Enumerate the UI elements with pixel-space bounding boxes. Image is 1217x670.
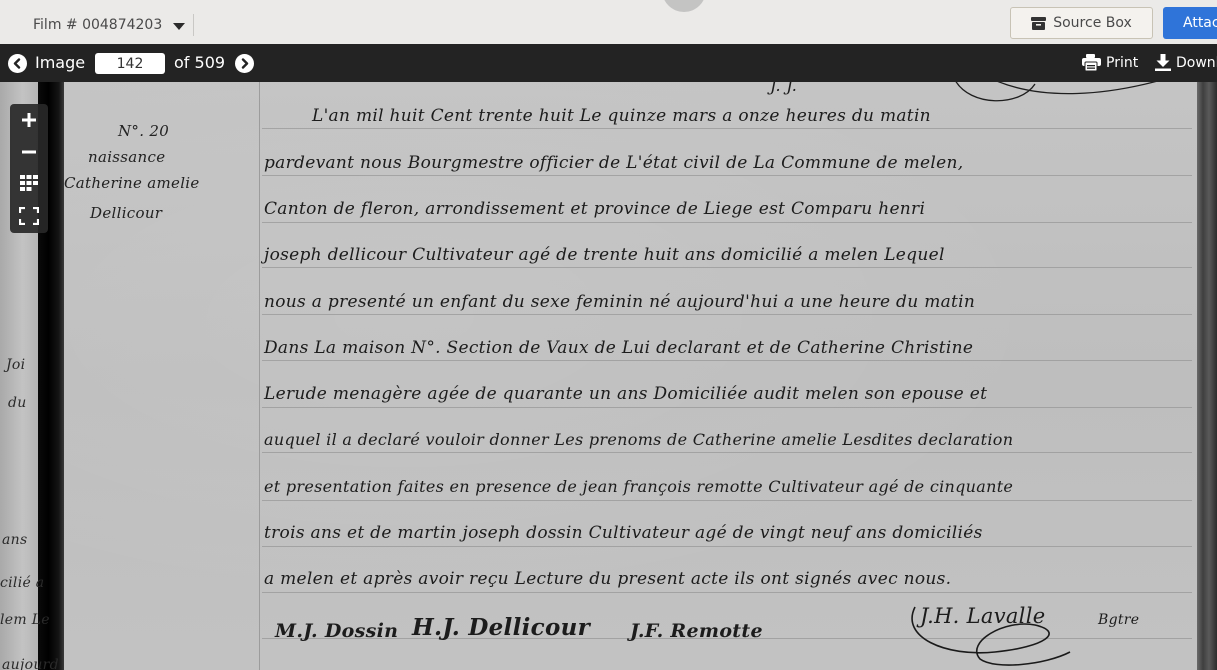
record-line: nous a presenté un enfant du sexe femini… bbox=[264, 292, 975, 312]
left-page-fragment: cilié a bbox=[0, 575, 44, 591]
record-line: L'an mil huit Cent trente huit Le quinze… bbox=[312, 106, 931, 126]
zoom-in-button[interactable] bbox=[10, 104, 48, 136]
film-selector[interactable]: Film # 004874203 bbox=[33, 15, 185, 35]
ruled-line bbox=[262, 360, 1192, 361]
margin-line bbox=[259, 82, 260, 670]
zoom-out-button[interactable] bbox=[10, 136, 48, 168]
previous-image-button[interactable] bbox=[8, 54, 27, 73]
ruled-line bbox=[262, 452, 1192, 453]
plus-icon bbox=[22, 113, 36, 127]
record-line: Canton de fleron, arrondissement et prov… bbox=[264, 199, 925, 219]
signature-flourish bbox=[950, 82, 1190, 112]
chevron-left-icon bbox=[12, 58, 23, 69]
ruled-line bbox=[262, 128, 1192, 129]
ruled-line bbox=[262, 407, 1192, 408]
next-image-button[interactable] bbox=[235, 54, 254, 73]
signature-father-dellicour: H.J. Dellicour bbox=[412, 614, 590, 641]
signature-witness-remotte: J.F. Remotte bbox=[630, 620, 763, 642]
image-toolbar: Image of 509 Print Download bbox=[0, 44, 1217, 82]
left-page-fragment: lem Le bbox=[0, 612, 50, 628]
ruled-line bbox=[262, 222, 1192, 223]
download-button[interactable]: Download bbox=[1155, 54, 1217, 71]
ruled-line bbox=[262, 267, 1192, 268]
marginal-surname: Dellicour bbox=[90, 204, 162, 222]
record-line: Dans La maison N°. Section de Vaux de Lu… bbox=[264, 338, 973, 358]
ruled-line bbox=[262, 175, 1192, 176]
marginal-record-type: naissance bbox=[88, 148, 165, 166]
record-line: joseph dellicour Cultivateur agé de tren… bbox=[264, 245, 945, 265]
minus-icon bbox=[22, 145, 36, 159]
previous-record-fragment: J. J. bbox=[770, 82, 797, 95]
ruled-line bbox=[262, 546, 1192, 547]
left-page-fragment: aujourd bbox=[2, 657, 59, 670]
divider bbox=[193, 14, 194, 36]
image-viewer[interactable]: Joi du ans cilié a lem Le aujourd N°. 20… bbox=[0, 82, 1217, 670]
archive-box-icon bbox=[1031, 17, 1046, 30]
zoom-control-panel bbox=[10, 104, 48, 233]
top-header-bar: Film # 004874203 Source Box Attach bbox=[0, 0, 1217, 44]
gallery-view-button[interactable] bbox=[10, 167, 48, 199]
right-page-edge bbox=[1197, 82, 1217, 670]
source-box-button[interactable]: Source Box bbox=[1010, 7, 1153, 39]
record-line: pardevant nous Bourgmestre officier de L… bbox=[264, 153, 963, 173]
ruled-line bbox=[262, 500, 1192, 501]
record-line: a melen et après avoir reçu Lecture du p… bbox=[264, 569, 951, 589]
mayor-title: Bgtre bbox=[1098, 612, 1139, 628]
record-line: auquel il a declaré vouloir donner Les p… bbox=[264, 430, 1013, 449]
signature-witness-dossin: M.J. Dossin bbox=[275, 620, 398, 642]
download-label: Download bbox=[1176, 55, 1217, 71]
record-line: trois ans et de martin joseph dossin Cul… bbox=[264, 523, 983, 543]
chevron-right-icon bbox=[239, 58, 250, 69]
print-label: Print bbox=[1106, 55, 1138, 71]
attach-label: Attach bbox=[1183, 15, 1217, 31]
record-line: et presentation faites en presence de je… bbox=[264, 477, 1013, 496]
left-page-fragment: du bbox=[8, 395, 27, 411]
left-page-fragment: Joi bbox=[6, 357, 25, 373]
marginal-child-name: Catherine amelie bbox=[64, 174, 200, 192]
film-number-label: Film # 004874203 bbox=[33, 17, 162, 33]
fullscreen-button[interactable] bbox=[10, 200, 48, 232]
signature-flourish bbox=[905, 597, 1075, 670]
print-button[interactable]: Print bbox=[1082, 54, 1138, 71]
ruled-line bbox=[262, 592, 1192, 593]
attach-button[interactable]: Attach bbox=[1163, 7, 1217, 39]
image-number-input[interactable] bbox=[95, 53, 165, 74]
image-total-label: of 509 bbox=[174, 53, 225, 72]
grid-icon bbox=[20, 175, 38, 191]
collapse-handle[interactable] bbox=[662, 0, 706, 12]
source-box-label: Source Box bbox=[1053, 15, 1132, 31]
printer-icon bbox=[1082, 54, 1101, 71]
left-page-fragment: ans bbox=[2, 532, 27, 548]
fullscreen-icon bbox=[19, 207, 39, 225]
marginal-record-number: N°. 20 bbox=[118, 122, 169, 140]
caret-down-icon[interactable] bbox=[173, 23, 185, 30]
download-icon bbox=[1155, 54, 1171, 71]
image-label: Image bbox=[35, 53, 85, 72]
record-line: Lerude menagère agée de quarante un ans … bbox=[264, 384, 987, 404]
ruled-line bbox=[262, 314, 1192, 315]
